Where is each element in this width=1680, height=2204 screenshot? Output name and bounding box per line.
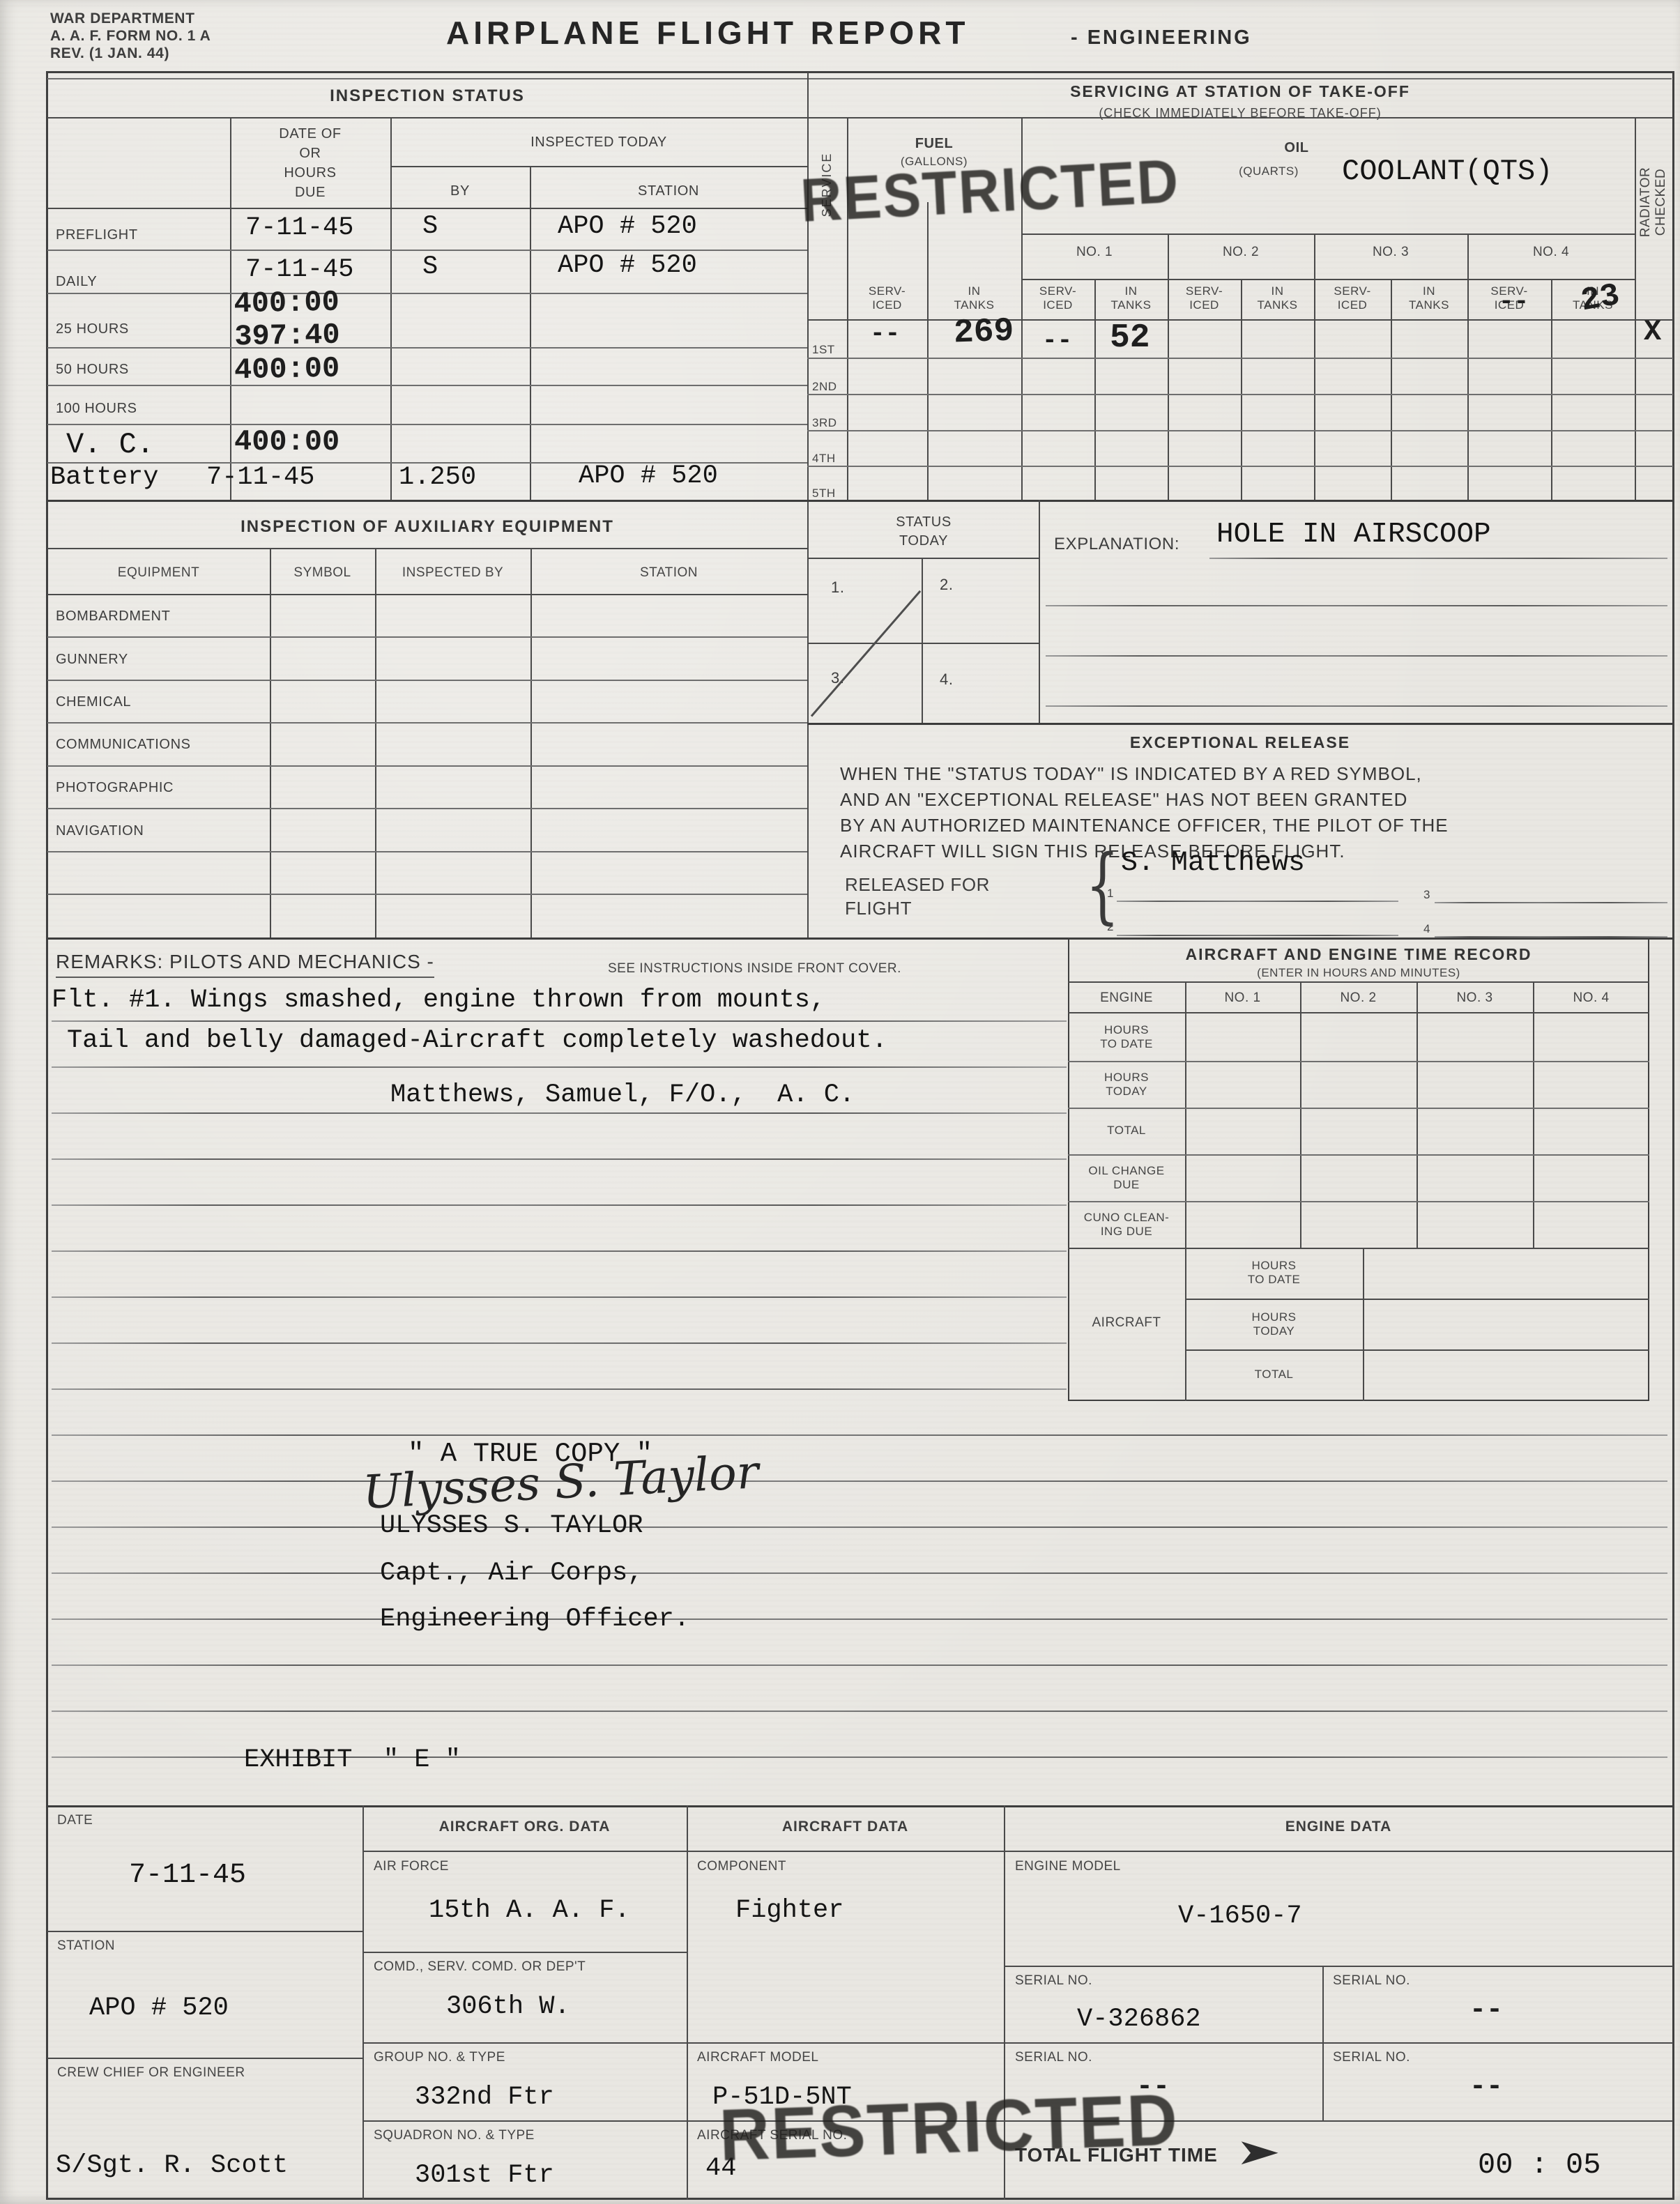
ruled-line <box>52 1020 1067 1022</box>
squadron-label: SQUADRON NO. & TYPE <box>374 2129 535 2143</box>
row-label-25-hours: 25 HOURS <box>56 321 129 338</box>
officer-name: ULYSSES S. TAYLOR <box>380 1511 643 1540</box>
divider <box>47 548 807 549</box>
officer-rank: Capt., Air Corps, <box>380 1559 643 1588</box>
row-1st: 1ST <box>812 343 835 357</box>
explanation-label: EXPLANATION: <box>1054 535 1179 553</box>
time-record-no1: NO. 1 <box>1185 991 1300 1005</box>
row-2nd: 2ND <box>812 380 837 394</box>
row-label-100-hours: 100 HOURS <box>56 400 137 418</box>
row-hours-to-date: HOURS TO DATE <box>1068 1023 1185 1051</box>
aux-col-symbol: SYMBOL <box>270 566 375 580</box>
divider <box>1416 981 1418 1248</box>
col-no3-serviced: SERV- ICED <box>1314 284 1391 312</box>
release-line-1-number: 1 <box>1107 887 1114 901</box>
divider <box>47 208 807 209</box>
divider <box>47 1805 1673 1807</box>
divider <box>47 680 807 681</box>
explanation-value: HOLE IN AIRSCOOP <box>1216 519 1491 551</box>
col-no3-in-tanks: IN TANKS <box>1391 284 1467 312</box>
aircraft-hours-to-date: HOURS TO DATE <box>1185 1259 1363 1287</box>
divider <box>1068 1154 1649 1156</box>
divider <box>1533 981 1534 1248</box>
aircraft-hours-today: HOURS TODAY <box>1185 1310 1363 1338</box>
daily-by: S <box>422 252 438 282</box>
col-fuel: FUEL <box>847 135 1021 153</box>
aux-row-chemical: CHEMICAL <box>56 694 131 711</box>
servicing-title: SERVICING AT STATION OF TAKE-OFF <box>807 82 1673 101</box>
crew-chief-label: CREW CHIEF OR ENGINEER <box>57 2066 245 2080</box>
divider <box>47 808 807 809</box>
ruled-line <box>52 1711 1667 1712</box>
signature-line-3 <box>1435 902 1667 903</box>
hours-50-value: 400:00 <box>234 352 340 388</box>
signature-line-1 <box>1117 901 1398 902</box>
divider <box>1021 234 1635 235</box>
divider <box>47 636 807 638</box>
divider <box>1209 558 1667 559</box>
daily-date: 7-11-45 <box>245 255 353 284</box>
divider <box>1004 1966 1673 1967</box>
divider <box>1635 117 1636 500</box>
divider <box>1004 2042 1673 2044</box>
crew-chief-value: S/Sgt. R. Scott <box>56 2151 288 2180</box>
col-inspected-today: INSPECTED TODAY <box>390 134 807 151</box>
divider <box>1068 1108 1649 1109</box>
col-engine-no4: NO. 4 <box>1467 245 1635 259</box>
divider <box>1185 1349 1649 1351</box>
status-quadrant-1: 1. <box>831 579 845 596</box>
ruled-line <box>52 1526 1667 1528</box>
radiator-checked-value: X <box>1644 315 1661 349</box>
release-line-2-number: 2 <box>1107 920 1114 934</box>
status-quadrant-4: 4. <box>940 671 954 688</box>
battery-by: 1.250 <box>399 463 476 492</box>
aux-row-photographic: PHOTOGRAPHIC <box>56 779 174 797</box>
ruled-line <box>52 1434 1667 1436</box>
date-label: DATE <box>57 1814 93 1828</box>
row-label-50-hours: 50 HOURS <box>56 361 129 378</box>
divider <box>390 166 807 167</box>
component-value: Fighter <box>735 1896 843 1925</box>
remarks-pilot-name: Matthews, Samuel, F/O., A. C. <box>390 1080 855 1110</box>
divider <box>807 558 1039 559</box>
comd-value: 306th W. <box>446 1992 570 2021</box>
remarks-note: SEE INSTRUCTIONS INSIDE FRONT COVER. <box>608 962 901 976</box>
exhibit-label: EXHIBIT " E " <box>244 1745 461 1775</box>
divider <box>47 117 807 118</box>
row-label-battery: Battery <box>50 463 158 492</box>
time-record-subtitle: (ENTER IN HOURS AND MINUTES) <box>1068 966 1649 980</box>
col-engine-no3: NO. 3 <box>1314 245 1467 259</box>
row-oil-change-due: OIL CHANGE DUE <box>1068 1164 1185 1192</box>
status-today-label: STATUS TODAY <box>837 513 1011 551</box>
divider <box>1046 705 1667 707</box>
total-flight-time-value: 00 : 05 <box>1478 2148 1601 2182</box>
engine-serial-1-label: SERIAL NO. <box>1015 1974 1092 1988</box>
divider <box>1068 1248 1649 1249</box>
col-date-or-hours-due: DATE OF OR HOURS DUE <box>230 124 390 202</box>
divider <box>47 594 807 595</box>
release-line-4-number: 4 <box>1423 922 1430 936</box>
divider <box>362 1805 364 2200</box>
exceptional-release-title: EXCEPTIONAL RELEASE <box>807 733 1673 752</box>
divider <box>1322 1966 1324 2120</box>
divider <box>47 347 807 349</box>
aircraft-total: TOTAL <box>1185 1368 1363 1382</box>
aux-row-communications: COMMUNICATIONS <box>56 736 191 753</box>
divider <box>375 548 376 938</box>
divider <box>270 548 271 938</box>
coolant-note: COOLANT(QTS) <box>1342 155 1552 188</box>
col-engine-no2: NO. 2 <box>1168 245 1314 259</box>
divider <box>1467 234 1469 500</box>
divider <box>1068 1201 1649 1202</box>
divider <box>807 358 1673 359</box>
divider <box>1039 500 1040 723</box>
no1-in-tanks-value: 52 <box>1110 319 1150 357</box>
divider <box>687 1805 688 2200</box>
divider <box>1068 1012 1649 1013</box>
group-value: 332nd Ftr <box>415 2083 554 2112</box>
inspection-status-title: INSPECTION STATUS <box>47 86 807 106</box>
col-no2-in-tanks: IN TANKS <box>1241 284 1314 312</box>
row-3rd: 3RD <box>812 416 837 430</box>
divider <box>1185 1299 1649 1300</box>
divider <box>1068 1061 1649 1062</box>
status-quadrant-2: 2. <box>940 576 954 593</box>
ruled-line <box>52 1388 1067 1390</box>
restricted-stamp-bottom: RESTRICTED <box>718 2078 1180 2178</box>
aux-equipment-title: INSPECTION OF AUXILIARY EQUIPMENT <box>47 517 807 537</box>
aux-col-inspected-by: INSPECTED BY <box>375 566 530 580</box>
engine-serial-2-value: -- <box>1469 1995 1503 2026</box>
row-cuno-cleaning-due: CUNO CLEAN- ING DUE <box>1068 1211 1185 1239</box>
ruled-line <box>52 1342 1067 1344</box>
ruled-line <box>52 1572 1667 1574</box>
divider <box>927 202 929 500</box>
officer-role: Engineering Officer. <box>380 1605 689 1634</box>
fuel-serviced-value: -- <box>870 319 900 348</box>
divider <box>807 394 1673 395</box>
row-4th: 4TH <box>812 452 836 466</box>
row-5th: 5TH <box>812 487 836 500</box>
no1-serviced-value: -- <box>1042 326 1072 355</box>
flight-report-form: WAR DEPARTMENT A. A. F. FORM NO. 1 A REV… <box>0 0 1680 2204</box>
aircraft-row-label: AIRCRAFT <box>1068 1316 1185 1330</box>
ruled-line <box>52 1296 1067 1298</box>
divider <box>1021 279 1635 280</box>
divider <box>807 466 1673 467</box>
ruled-line <box>52 1665 1667 1666</box>
brace: { <box>1085 836 1120 933</box>
col-fuel-serviced: SERV- ICED <box>847 284 927 312</box>
divider <box>530 166 531 500</box>
time-record-no4: NO. 4 <box>1533 991 1649 1005</box>
divider <box>47 894 807 895</box>
col-no2-serviced: SERV- ICED <box>1168 284 1241 312</box>
divider <box>47 722 807 724</box>
fuel-in-tanks-value: 269 <box>953 313 1014 353</box>
divider <box>807 117 1673 118</box>
ruled-line <box>52 1066 1067 1068</box>
group-label: GROUP NO. & TYPE <box>374 2051 505 2065</box>
divider <box>362 1851 1673 1852</box>
ruled-line <box>52 1480 1667 1482</box>
aux-row-navigation: NAVIGATION <box>56 822 144 840</box>
aux-row-gunnery: GUNNERY <box>56 651 128 668</box>
engine-model-label: ENGINE MODEL <box>1015 1860 1121 1874</box>
engine-serial-4-value: -- <box>1469 2072 1503 2103</box>
engine-serial-3-label: SERIAL NO. <box>1015 2051 1092 2065</box>
time-record-no2: NO. 2 <box>1300 991 1416 1005</box>
released-for-flight-label: RELEASED FOR FLIGHT <box>845 873 990 920</box>
col-fuel-in-tanks: IN TANKS <box>927 284 1021 312</box>
divider <box>362 1952 687 1953</box>
time-record-title: AIRCRAFT AND ENGINE TIME RECORD <box>1068 945 1649 964</box>
col-radiator-checked: RADIATOR CHECKED <box>1637 136 1670 268</box>
aux-col-equipment: EQUIPMENT <box>47 566 270 580</box>
arrow-right-icon: ➤ <box>1235 2132 1281 2173</box>
no4-serviced-value: -- <box>1499 287 1529 316</box>
divider <box>47 2058 362 2059</box>
row-label-vc: V. C. <box>66 428 154 461</box>
divider <box>47 500 1673 502</box>
divider <box>1168 234 1169 500</box>
divider <box>47 78 1672 79</box>
ruled-line <box>52 1250 1067 1252</box>
divider <box>1046 605 1667 606</box>
divider <box>47 293 807 294</box>
divider <box>922 558 923 723</box>
station-value: APO # 520 <box>89 1993 229 2023</box>
divider <box>390 117 392 500</box>
date-value: 7-11-45 <box>129 1860 246 1891</box>
time-record-no3: NO. 3 <box>1416 991 1533 1005</box>
form-title-suffix: - ENGINEERING <box>1071 26 1252 49</box>
col-no1-in-tanks: IN TANKS <box>1094 284 1168 312</box>
air-force-label: AIR FORCE <box>374 1860 449 1874</box>
divider <box>362 2042 1004 2044</box>
vc-value: 400:00 <box>234 425 339 459</box>
squadron-value: 301st Ftr <box>415 2161 554 2190</box>
divider <box>807 723 1673 725</box>
divider <box>47 424 807 425</box>
remarks-line-2: Tail and belly damaged-Aircraft complete… <box>67 1026 887 1055</box>
remarks-header: REMARKS: PILOTS AND MECHANICS - <box>56 951 434 978</box>
ruled-line <box>52 1204 1067 1206</box>
release-line-3-number: 3 <box>1423 888 1430 902</box>
aux-col-station: STATION <box>530 566 807 580</box>
comd-label: COMD., SERV. COMD. OR DEP'T <box>374 1960 586 1974</box>
divider <box>807 319 1673 321</box>
aux-row-bombardment: BOMBARDMENT <box>56 608 170 625</box>
row-label-daily: DAILY <box>56 273 97 291</box>
divider <box>530 548 532 938</box>
row-label-preflight: PREFLIGHT <box>56 227 138 244</box>
aircraft-org-data-title: AIRCRAFT ORG. DATA <box>362 1818 687 1835</box>
divider <box>1068 981 1649 983</box>
signature-line-2 <box>1117 935 1398 936</box>
engine-model-value: V-1650-7 <box>1178 1901 1302 1931</box>
hours-25-value: 400:00 397:40 <box>234 286 340 354</box>
ruled-line <box>52 1112 1067 1114</box>
form-title: AIRPLANE FLIGHT REPORT <box>446 14 969 52</box>
component-label: COMPONENT <box>697 1860 786 1874</box>
time-record-engine-col: ENGINE <box>1068 991 1185 1005</box>
col-engine-no1: NO. 1 <box>1021 245 1168 259</box>
engine-serial-2-label: SERIAL NO. <box>1333 1974 1410 1988</box>
aircraft-model-label: AIRCRAFT MODEL <box>697 2051 819 2065</box>
air-force-value: 15th A. A. F. <box>429 1896 630 1925</box>
engine-data-title: ENGINE DATA <box>1004 1818 1673 1835</box>
row-hours-today: HOURS TODAY <box>1068 1071 1185 1099</box>
form-id-block: WAR DEPARTMENT A. A. F. FORM NO. 1 A REV… <box>50 10 211 62</box>
no4-in-tanks-value: 23 <box>1578 277 1622 320</box>
aircraft-data-title: AIRCRAFT DATA <box>687 1818 1004 1835</box>
divider <box>1300 981 1301 1248</box>
col-no1-serviced: SERV- ICED <box>1021 284 1094 312</box>
ruled-line <box>52 1158 1067 1160</box>
engine-serial-1-value: V-326862 <box>1077 2005 1201 2034</box>
daily-station: APO # 520 <box>558 251 697 280</box>
battery-date: 7-11-45 <box>206 463 314 492</box>
ruled-line <box>52 1618 1667 1620</box>
divider <box>47 385 807 386</box>
battery-station: APO # 520 <box>579 461 718 491</box>
col-by: BY <box>390 183 530 200</box>
col-station: STATION <box>530 183 807 200</box>
divider <box>807 643 1039 644</box>
station-label: STATION <box>57 1939 115 1953</box>
divider <box>47 1931 362 1932</box>
divider <box>1314 234 1315 500</box>
divider <box>47 851 807 852</box>
release-signature-1: S. Matthews <box>1121 848 1305 879</box>
preflight-station: APO # 520 <box>558 212 697 241</box>
divider <box>807 430 1673 431</box>
preflight-date: 7-11-45 <box>245 213 353 243</box>
col-oil-unit: (QUARTS) <box>1185 164 1352 178</box>
engine-serial-4-label: SERIAL NO. <box>1333 2051 1410 2065</box>
remarks-line-1: Flt. #1. Wings smashed, engine thrown fr… <box>52 986 825 1015</box>
preflight-by: S <box>422 212 438 241</box>
row-total: TOTAL <box>1068 1124 1185 1138</box>
divider <box>1046 655 1667 657</box>
divider <box>1363 1248 1364 1401</box>
divider <box>47 765 807 767</box>
